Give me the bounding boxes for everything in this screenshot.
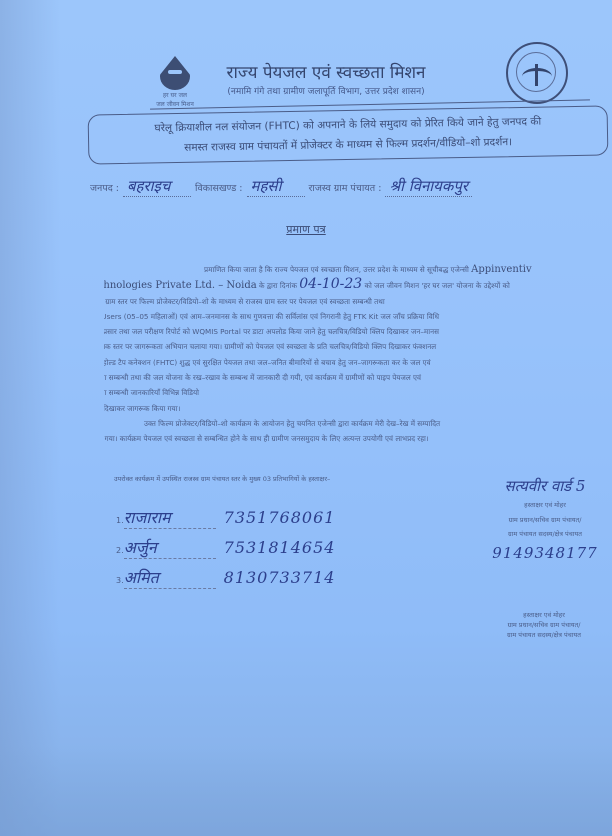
certificate-body: प्रमाणित किया जाता है कि राज्य पेयजल एवं… — [104, 262, 612, 447]
block-value: महसी — [247, 176, 305, 197]
body-line: प्रमाणित किया जाता है कि राज्य पेयजल एवं… — [104, 262, 612, 277]
district-value: बहराइच — [123, 176, 191, 197]
signatory-caption: ग्राम पंचायत सदस्य/क्षेत्र पंचायत — [470, 529, 612, 540]
participant-row: 3. अमित 8130733714 — [116, 566, 335, 589]
signatory-caption: हस्ताक्षर एवं मोहर — [470, 500, 612, 511]
body-line: स्वच्छता सम्बन्धी जानकारियाँ विभिन्न विड… — [104, 385, 612, 400]
participant-name: राजाराम — [124, 506, 216, 529]
participant-name: अर्जुन — [124, 536, 216, 559]
body-line: कराया गया। कार्यक्रम पेयजल एवं स्वच्छता … — [104, 431, 612, 446]
certificate-heading: प्रमाण पत्र — [0, 222, 612, 237]
page-edge-shadow — [0, 0, 60, 836]
up-government-emblem-icon — [506, 42, 568, 104]
participant-name: अमित — [124, 566, 216, 589]
body-line: FTK Users (05–05 महिलाओं) एवं आम–जनमानस … — [104, 309, 612, 324]
signatory-phone: 9149348177 — [470, 544, 612, 562]
body-line: स्वच्छता सम्बन्धी तथा की जल योजना के रख–… — [104, 370, 612, 385]
location-fields: जनपद : बहराइच विकासखण्ड : महसी राजस्व ग्… — [90, 176, 610, 197]
participants-intro: उपरोक्त कार्यक्रम में उपस्थित राजस्व ग्र… — [114, 474, 374, 485]
district-label: जनपद : — [90, 181, 119, 194]
body-line: Technologies Private Ltd. – Noida के द्व… — [104, 277, 612, 293]
page-bottom-shadow — [0, 746, 612, 836]
participant-row: 1. राजाराम 7351768061 — [116, 506, 335, 529]
body-line: हाउस होल्ड टैप कनेक्शन (FHTC) शुद्ध एवं … — [104, 355, 612, 370]
signatory-signature: सत्यवीर वार्ड 5 — [470, 476, 612, 496]
participant-phone: 7351768061 — [224, 508, 336, 527]
body-line: उक्त फिल्म प्रोजेक्टर/विडियो–शो कार्यक्र… — [104, 416, 612, 431]
participant-phone: 7531814654 — [224, 538, 336, 557]
program-date: 04-10-23 — [299, 276, 362, 292]
body-line: प्रचार–प्रसार तथा जल परीक्षण रिपोर्ट को … — [104, 324, 612, 339]
body-line: में व्यापक स्तर पर जागरूकता अभियान चलाया… — [104, 339, 612, 354]
signatory-block: सत्यवीर वार्ड 5 हस्ताक्षर एवं मोहर ग्राम… — [470, 476, 612, 562]
participant-phone: 8130733714 — [224, 568, 336, 587]
participant-row: 2. अर्जुन 7531814654 — [116, 536, 335, 559]
body-line: क्लिप दिखाकर जागरूक किया गया। — [104, 401, 612, 416]
panchayat-value: श्री विनायकपुर — [385, 176, 472, 197]
panchayat-label: राजस्व ग्राम पंचायत : — [309, 181, 382, 194]
seal-caption: हस्ताक्षर एवं मोहर ग्राम प्रधान/सचिव ग्र… — [484, 610, 604, 640]
program-banner: घरेलू क्रियाशील नल संयोजन (FHTC) को अपना… — [88, 105, 609, 164]
block-label: विकासखण्ड : — [195, 181, 243, 194]
body-line: राजस्व ग्राम स्तर पर फिल्म प्रोजेक्टर/वि… — [104, 294, 612, 309]
signatory-caption: ग्राम प्रधान/सचिव ग्राम पंचायत/ — [470, 515, 612, 526]
